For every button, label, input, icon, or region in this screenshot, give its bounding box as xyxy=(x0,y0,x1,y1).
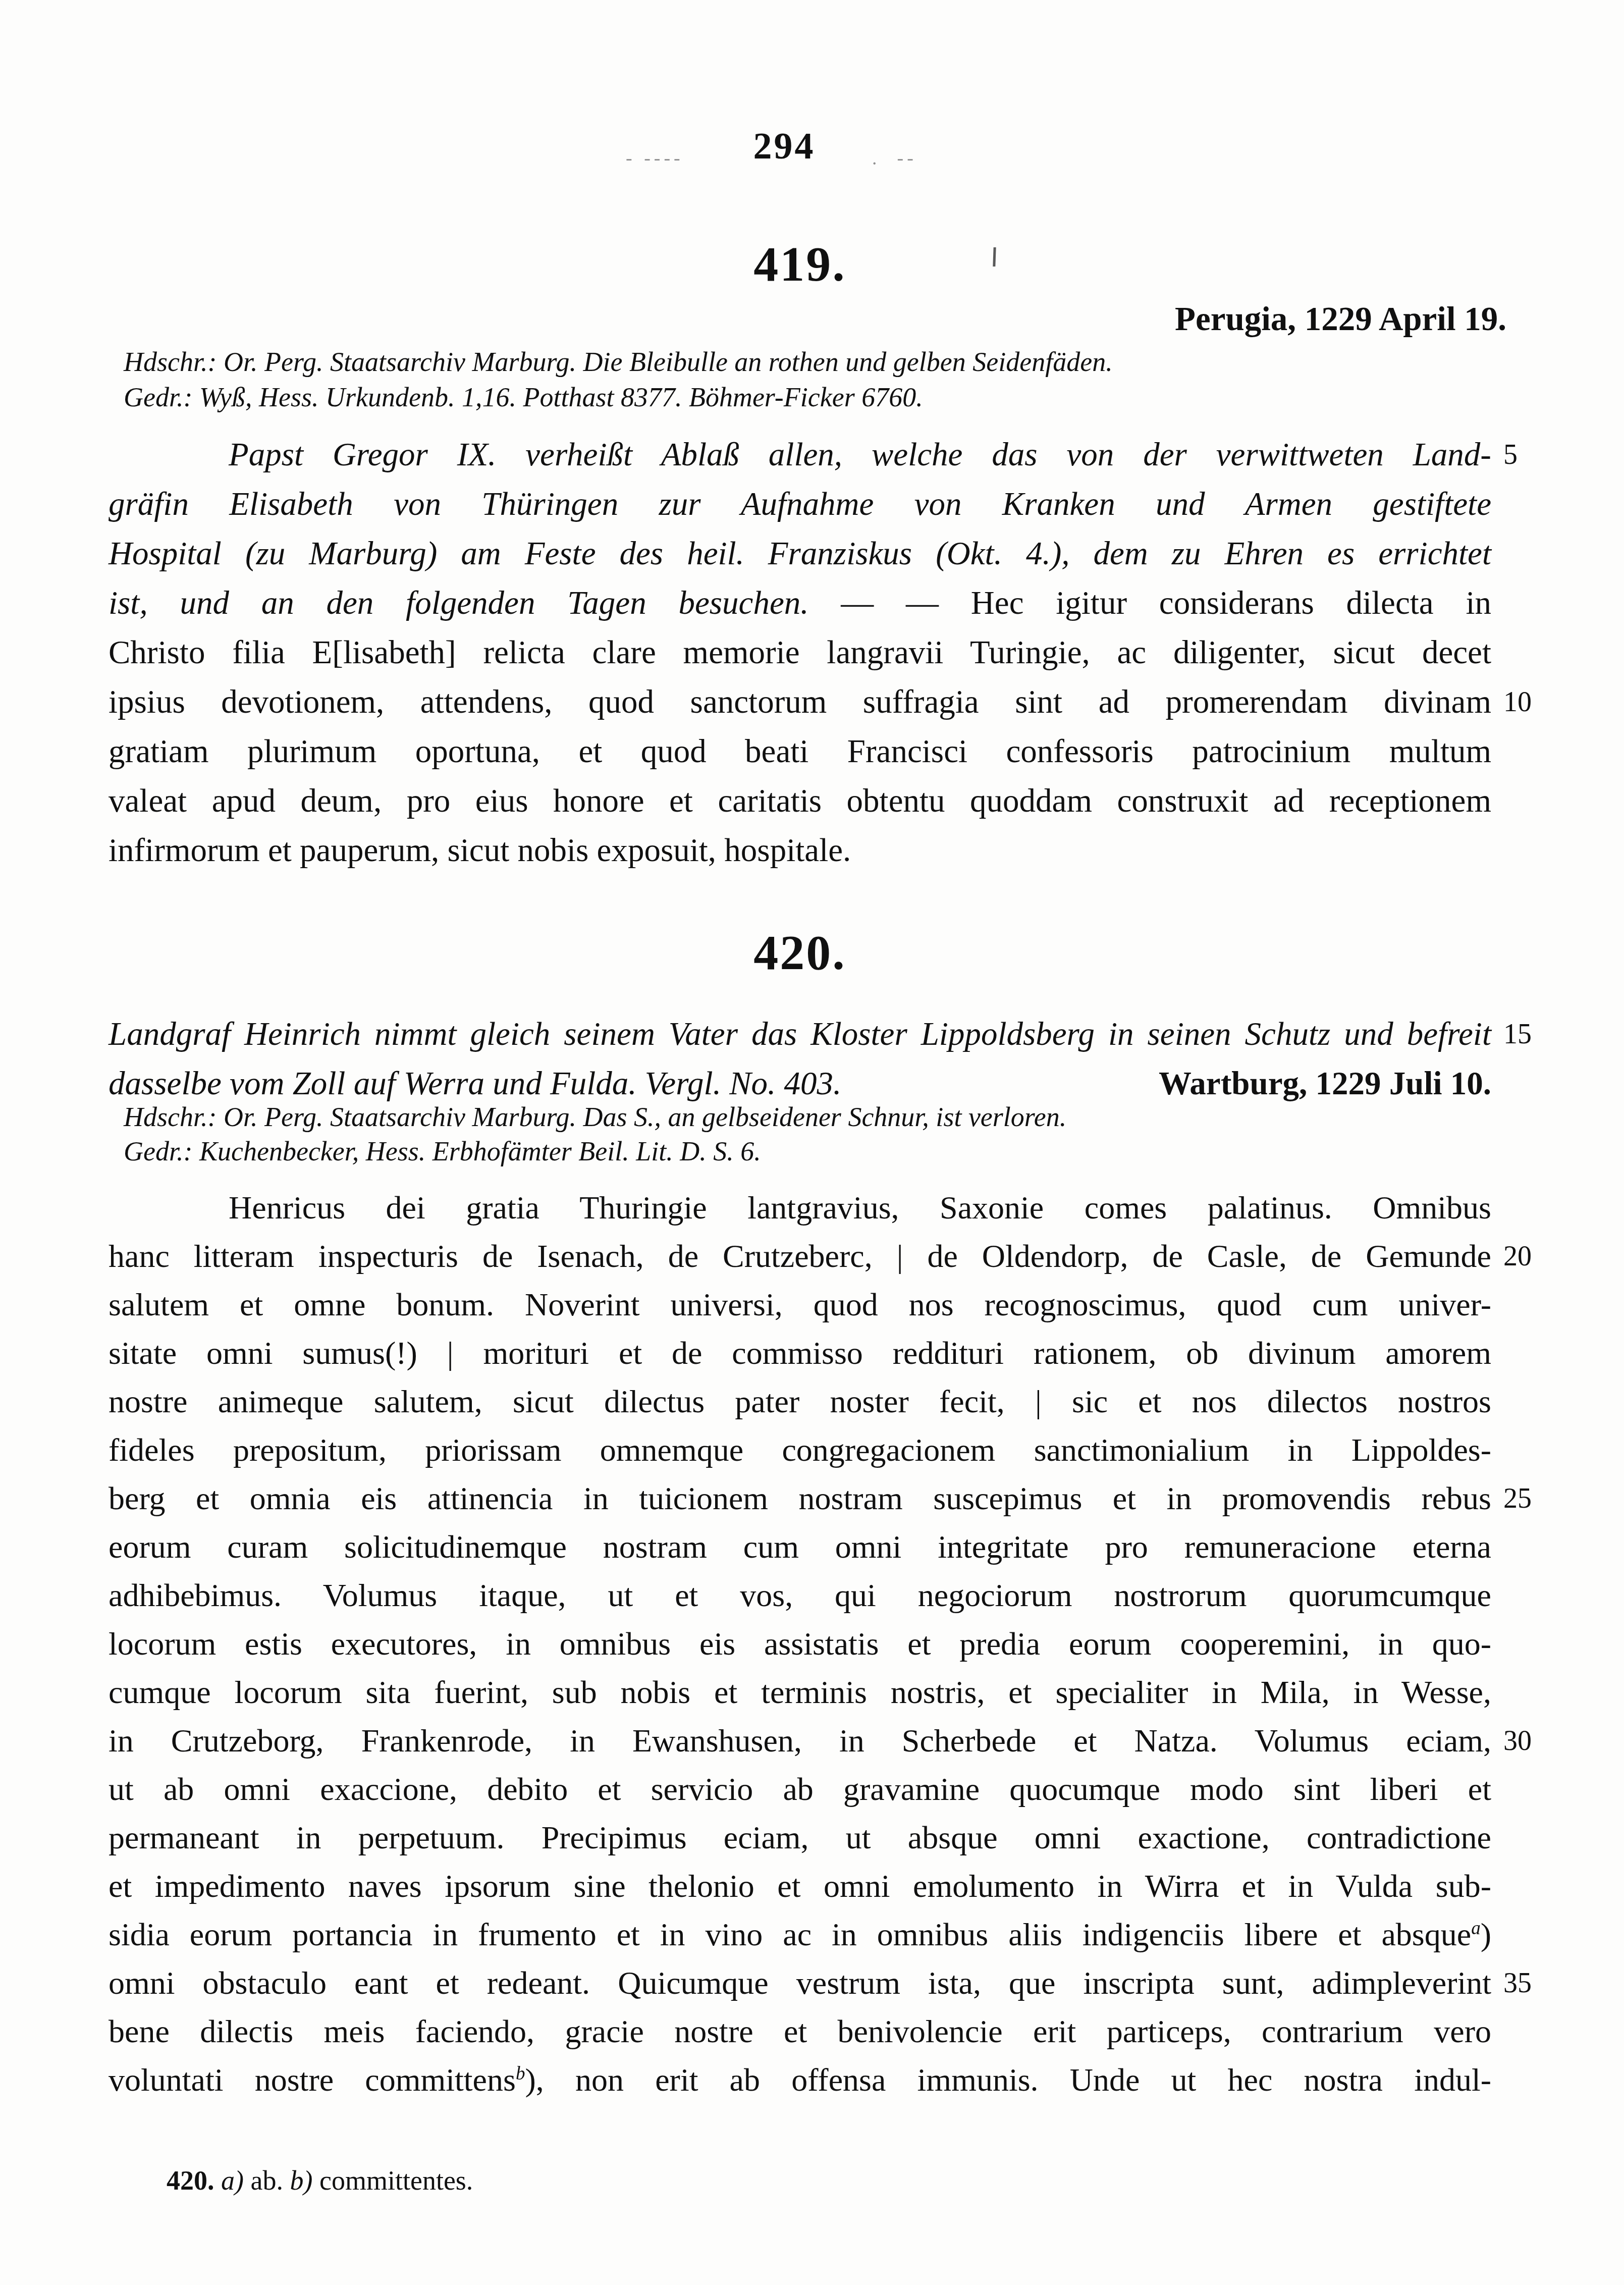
entry-419-date: Perugia, 1229 April 19. xyxy=(109,300,1506,339)
margin-line-number: 20 xyxy=(1503,1232,1532,1281)
text-segment: Landgraf Heinrich nimmt gleich seinem Va… xyxy=(109,1016,1491,1052)
text-line: ut ab omni exaccione, debito et servicio… xyxy=(109,1765,1491,1814)
text-segment: voluntati nostre committens xyxy=(109,2062,516,2098)
text-line: valeat apud deum, pro eius honore et car… xyxy=(109,776,1491,826)
text-segment: sidia eorum portancia in frumento et in … xyxy=(109,1917,1471,1952)
text-segment: salutem et omne bonum. Noverint universi… xyxy=(109,1287,1491,1322)
text-segment: omni obstaculo eant et redeant. Quicumqu… xyxy=(109,1965,1491,2001)
text-segment: gratiam plurimum oportuna, et quod beati… xyxy=(109,733,1491,770)
text-segment: Hospital (zu Marburg) am Feste des heil.… xyxy=(109,536,1491,572)
text-segment: a) xyxy=(221,2165,244,2196)
text-segment: infirmorum et pauperum, sicut nobis expo… xyxy=(109,832,851,869)
text-segment: gräfin Elisabeth von Thüringen zur Aufna… xyxy=(109,486,1491,522)
text-segment: eorum curam solicitudinemque nostram cum… xyxy=(109,1529,1491,1565)
margin-line-number: 5 xyxy=(1503,430,1518,480)
page-number: 294 xyxy=(0,125,1568,168)
text-line: ist, und an den folgenden Tagen besuchen… xyxy=(109,578,1491,628)
text-line: Hospital (zu Marburg) am Feste des heil.… xyxy=(109,529,1491,578)
text-segment: 420. xyxy=(167,2165,221,2196)
text-line: adhibebimus. Volumus itaque, ut et vos, … xyxy=(109,1571,1491,1620)
margin-line-number: 25 xyxy=(1503,1474,1532,1523)
margin-line-number: 10 xyxy=(1503,677,1532,727)
text-segment: a xyxy=(1471,1918,1481,1939)
entry-420-source-manuscript: Hdschr.: Or. Perg. Staatsarchiv Marburg.… xyxy=(124,1101,1486,1133)
text-segment: hanc litteram inspecturis de Isenach, de… xyxy=(109,1238,1491,1274)
text-line: salutem et omne bonum. Noverint universi… xyxy=(109,1281,1491,1329)
text-segment: adhibebimus. Volumus itaque, ut et vos, … xyxy=(109,1577,1491,1613)
text-segment: Henricus dei gratia Thuringie lantgraviu… xyxy=(229,1190,1491,1226)
text-line: cumque locorum sita fuerint, sub nobis e… xyxy=(109,1668,1491,1717)
text-line: Christo filia E[lisabeth] relicta clare … xyxy=(109,628,1491,677)
margin-line-number: 30 xyxy=(1503,1717,1532,1765)
text-line: et impedimento naves ipsorum sine thelon… xyxy=(109,1862,1491,1910)
text-line: infirmorum et pauperum, sicut nobis expo… xyxy=(109,826,1491,875)
text-line: sidia eorum portancia in frumento et in … xyxy=(109,1910,1491,1959)
entry-420-summary-lines: Landgraf Heinrich nimmt gleich seinem Va… xyxy=(109,1009,1491,1108)
text-segment: nostre animeque salutem, sicut dilectus … xyxy=(109,1384,1491,1419)
entry-419-source-printed: Gedr.: Wyß, Hess. Urkundenb. 1,16. Potth… xyxy=(124,382,1486,413)
text-line: eorum curam solicitudinemque nostram cum… xyxy=(109,1523,1491,1571)
text-line: locorum estis executores, in omnibus eis… xyxy=(109,1620,1491,1668)
text-segment: berg et omnia eis attinencia in tuicione… xyxy=(109,1480,1491,1516)
text-segment: ab. xyxy=(244,2165,290,2196)
text-segment: in Crutzeborg, Frankenrode, in Ewanshuse… xyxy=(109,1723,1491,1759)
text-line: bene dilectis meis faciendo, gracie nost… xyxy=(109,2007,1491,2056)
text-line: gräfin Elisabeth von Thüringen zur Aufna… xyxy=(109,480,1491,529)
text-line: voluntati nostre committensb), non erit … xyxy=(109,2056,1491,2104)
text-segment: et impedimento naves ipsorum sine thelon… xyxy=(109,1868,1491,1904)
text-line: hanc litteram inspecturis de Isenach, de… xyxy=(109,1232,1491,1281)
entry-420-number: 420. xyxy=(109,925,1491,981)
text-line: Landgraf Heinrich nimmt gleich seinem Va… xyxy=(109,1009,1491,1059)
text-line: berg et omnia eis attinencia in tuicione… xyxy=(109,1474,1491,1523)
text-segment: ist, und an den folgenden Tagen besuchen… xyxy=(109,585,841,621)
text-line: fideles prepositum, priorissam omnemque … xyxy=(109,1426,1491,1474)
text-segment: ut ab omni exaccione, debito et servicio… xyxy=(109,1771,1491,1807)
scan-artifact-right-dashes: . -- xyxy=(872,147,917,170)
text-line: Henricus dei gratia Thuringie lantgraviu… xyxy=(109,1184,1491,1232)
text-segment: bene dilectis meis faciendo, gracie nost… xyxy=(109,2013,1491,2049)
text-segment: valeat apud deum, pro eius honore et car… xyxy=(109,783,1491,819)
scanned-document-page: 294 - ---- . -- 419. Perugia, 1229 April… xyxy=(0,0,1624,2285)
text-segment: b xyxy=(516,2063,525,2084)
text-segment: Christo filia E[lisabeth] relicta clare … xyxy=(109,634,1491,671)
text-line: Papst Gregor IX. verheißt Ablaß allen, w… xyxy=(109,430,1491,480)
text-segment: sitate omni sumus(!) | morituri et de co… xyxy=(109,1335,1491,1371)
text-segment: cumque locorum sita fuerint, sub nobis e… xyxy=(109,1674,1491,1710)
entry-419-source-manuscript: Hdschr.: Or. Perg. Staatsarchiv Marburg.… xyxy=(124,346,1486,378)
margin-line-number: 35 xyxy=(1503,1959,1532,2007)
text-segment: locorum estis executores, in omnibus eis… xyxy=(109,1626,1491,1662)
text-segment: Papst Gregor IX. verheißt Ablaß allen, w… xyxy=(229,437,1491,473)
text-segment: b) xyxy=(290,2165,312,2196)
text-segment: ipsius devotionem, attendens, quod sanct… xyxy=(109,684,1491,720)
text-segment: permaneant in perpetuum. Precipimus ecia… xyxy=(109,1820,1491,1855)
text-line: nostre animeque salutem, sicut dilectus … xyxy=(109,1377,1491,1426)
text-line: permaneant in perpetuum. Precipimus ecia… xyxy=(109,1814,1491,1862)
margin-line-number: 15 xyxy=(1503,1009,1532,1059)
text-line: gratiam plurimum oportuna, et quod beati… xyxy=(109,727,1491,776)
entry-419-body-lines: Papst Gregor IX. verheißt Ablaß allen, w… xyxy=(109,430,1491,875)
text-segment: committentes. xyxy=(312,2165,473,2196)
text-line: ipsius devotionem, attendens, quod sanct… xyxy=(109,677,1491,727)
footnote-apparatus: 420. a) ab. b) committentes. xyxy=(167,2163,1479,2198)
text-segment: — — Hec igitur considerans dilecta in xyxy=(841,585,1491,621)
entry-420-source-printed: Gedr.: Kuchenbecker, Hess. Erbhofämter B… xyxy=(124,1136,1486,1167)
entry-419-number: 419. xyxy=(109,236,1491,293)
text-line: sitate omni sumus(!) | morituri et de co… xyxy=(109,1329,1491,1377)
text-line: in Crutzeborg, Frankenrode, in Ewanshuse… xyxy=(109,1717,1491,1765)
text-segment: ), non erit ab offensa immunis. Unde ut … xyxy=(525,2062,1491,2098)
text-segment: ) xyxy=(1481,1917,1491,1952)
text-line: 420. a) ab. b) committentes. xyxy=(167,2163,1479,2198)
text-segment: fideles prepositum, priorissam omnemque … xyxy=(109,1432,1491,1468)
text-line: omni obstaculo eant et redeant. Quicumqu… xyxy=(109,1959,1491,2007)
entry-420-body-lines: Henricus dei gratia Thuringie lantgraviu… xyxy=(109,1184,1491,2104)
scan-artifact-left-dashes: - ---- xyxy=(626,147,684,170)
